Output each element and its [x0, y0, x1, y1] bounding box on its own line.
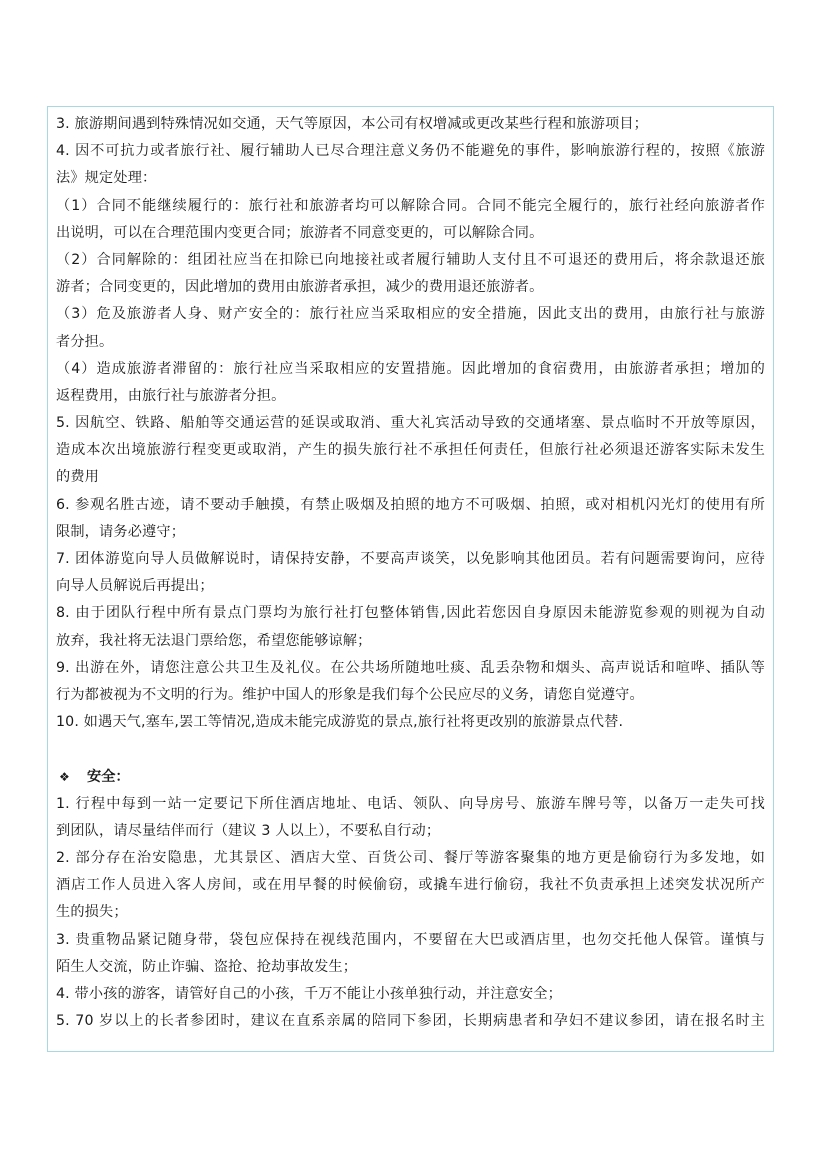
- text-line: 酒店工作人员进入客人房间，或在用早餐的时候偷窃，或撬车进行偷窃，我社不负责承担上…: [56, 872, 765, 899]
- text-line: 7. 团体游览向导人员做解说时，请保持安静，不要高声谈笑，以免影响其他团员。若有…: [56, 546, 765, 573]
- text-line: 向导人员解说后再提出；: [56, 573, 765, 600]
- text-line: 5. 因航空、铁路、船舶等交通运营的延误或取消、重大礼宾活动导致的交通堵塞、景点…: [56, 410, 765, 437]
- text-line: （1）合同不能继续履行的：旅行社和旅游者均可以解除合同。合同不能完全履行的，旅行…: [56, 193, 765, 220]
- text-line: 3. 贵重物品紧记随身带，袋包应保持在视线范围内，不要留在大巴或酒店里，也勿交托…: [56, 927, 765, 954]
- text-line: 6. 参观名胜古迹，请不要动手触摸，有禁止吸烟及拍照的地方不可吸烟、拍照，或对相…: [56, 492, 765, 519]
- text-line: 出说明，可以在合理范围内变更合同；旅游者不同意变更的，可以解除合同。: [56, 220, 765, 247]
- text-line: 3. 旅游期间遇到特殊情况如交通，天气等原因，本公司有权增减或更改某些行程和旅游…: [56, 111, 765, 138]
- text-line: 8. 由于团队行程中所有景点门票均为旅行社打包整体销售,因此若您因自身原因未能游…: [56, 600, 765, 627]
- safety-list: 1. 行程中每到一站一定要记下所住酒店地址、电话、领队、向导房号、旅游车牌号等，…: [56, 791, 765, 1036]
- text-line: 1. 行程中每到一站一定要记下所住酒店地址、电话、领队、向导房号、旅游车牌号等，…: [56, 791, 765, 818]
- text-line: 的费用: [56, 464, 765, 491]
- text-line: 9. 出游在外，请您注意公共卫生及礼仪。在公共场所随地吐痰、乱丢杂物和烟头、高声…: [56, 655, 765, 682]
- safety-heading: ❖ 安全：: [56, 764, 765, 791]
- diamond-bullet-icon: ❖: [56, 764, 87, 791]
- text-line: （4）造成旅游者滞留的：旅行社应当采取相应的安置措施。因此增加的食宿费用，由旅游…: [56, 356, 765, 383]
- text-line: 10. 如遇天气,塞车,罢工等情况,造成未能完成游览的景点,旅行社将更改别的旅游…: [56, 709, 765, 736]
- spacer: [56, 736, 765, 763]
- text-line: 造成本次出境旅游行程变更或取消，产生的损失旅行社不承担任何责任，但旅行社必须退还…: [56, 437, 765, 464]
- text-line: 到团队，请尽量结伴而行（建议 3 人以上），不要私自行动；: [56, 818, 765, 845]
- safety-heading-label: 安全：: [87, 764, 130, 791]
- text-line: 法》规定处理：: [56, 165, 765, 192]
- text-line: 限制，请务必遵守；: [56, 519, 765, 546]
- text-line: 行为都被视为不文明的行为。维护中国人的形象是我们每个公民应尽的义务，请您自觉遵守…: [56, 682, 765, 709]
- text-line: 生的损失；: [56, 899, 765, 926]
- text-line: 2. 部分存在治安隐患，尤其景区、酒店大堂、百货公司、餐厅等游客聚集的地方更是偷…: [56, 845, 765, 872]
- text-line: （2）合同解除的：组团社应当在扣除已向地接社或者履行辅助人支付且不可退还的费用后…: [56, 247, 765, 274]
- text-line: 返程费用，由旅行社与旅游者分担。: [56, 383, 765, 410]
- text-line: （3）危及旅游者人身、财产安全的：旅行社应当采取相应的安全措施，因此支出的费用，…: [56, 301, 765, 328]
- notice-box: 3. 旅游期间遇到特殊情况如交通，天气等原因，本公司有权增减或更改某些行程和旅游…: [47, 106, 774, 1052]
- text-line: 放弃，我社将无法退门票给您，希望您能够谅解；: [56, 628, 765, 655]
- text-line: 者分担。: [56, 329, 765, 356]
- text-line: 游者；合同变更的，因此增加的费用由旅游者承担，减少的费用退还旅游者。: [56, 274, 765, 301]
- text-line: 5. 70 岁以上的长者参团时，建议在直系亲属的陪同下参团，长期病患者和孕妇不建…: [56, 1008, 765, 1035]
- text-line: 4. 因不可抗力或者旅行社、履行辅助人已尽合理注意义务仍不能避免的事件，影响旅游…: [56, 138, 765, 165]
- text-line: 4. 带小孩的游客，请管好自己的小孩，千万不能让小孩单独行动，并注意安全；: [56, 981, 765, 1008]
- notice-list: 3. 旅游期间遇到特殊情况如交通，天气等原因，本公司有权增减或更改某些行程和旅游…: [56, 111, 765, 736]
- document-page: 3. 旅游期间遇到特殊情况如交通，天气等原因，本公司有权增减或更改某些行程和旅游…: [0, 0, 827, 1170]
- text-line: 陌生人交流，防止诈骗、盗抢、抢劫事故发生；: [56, 954, 765, 981]
